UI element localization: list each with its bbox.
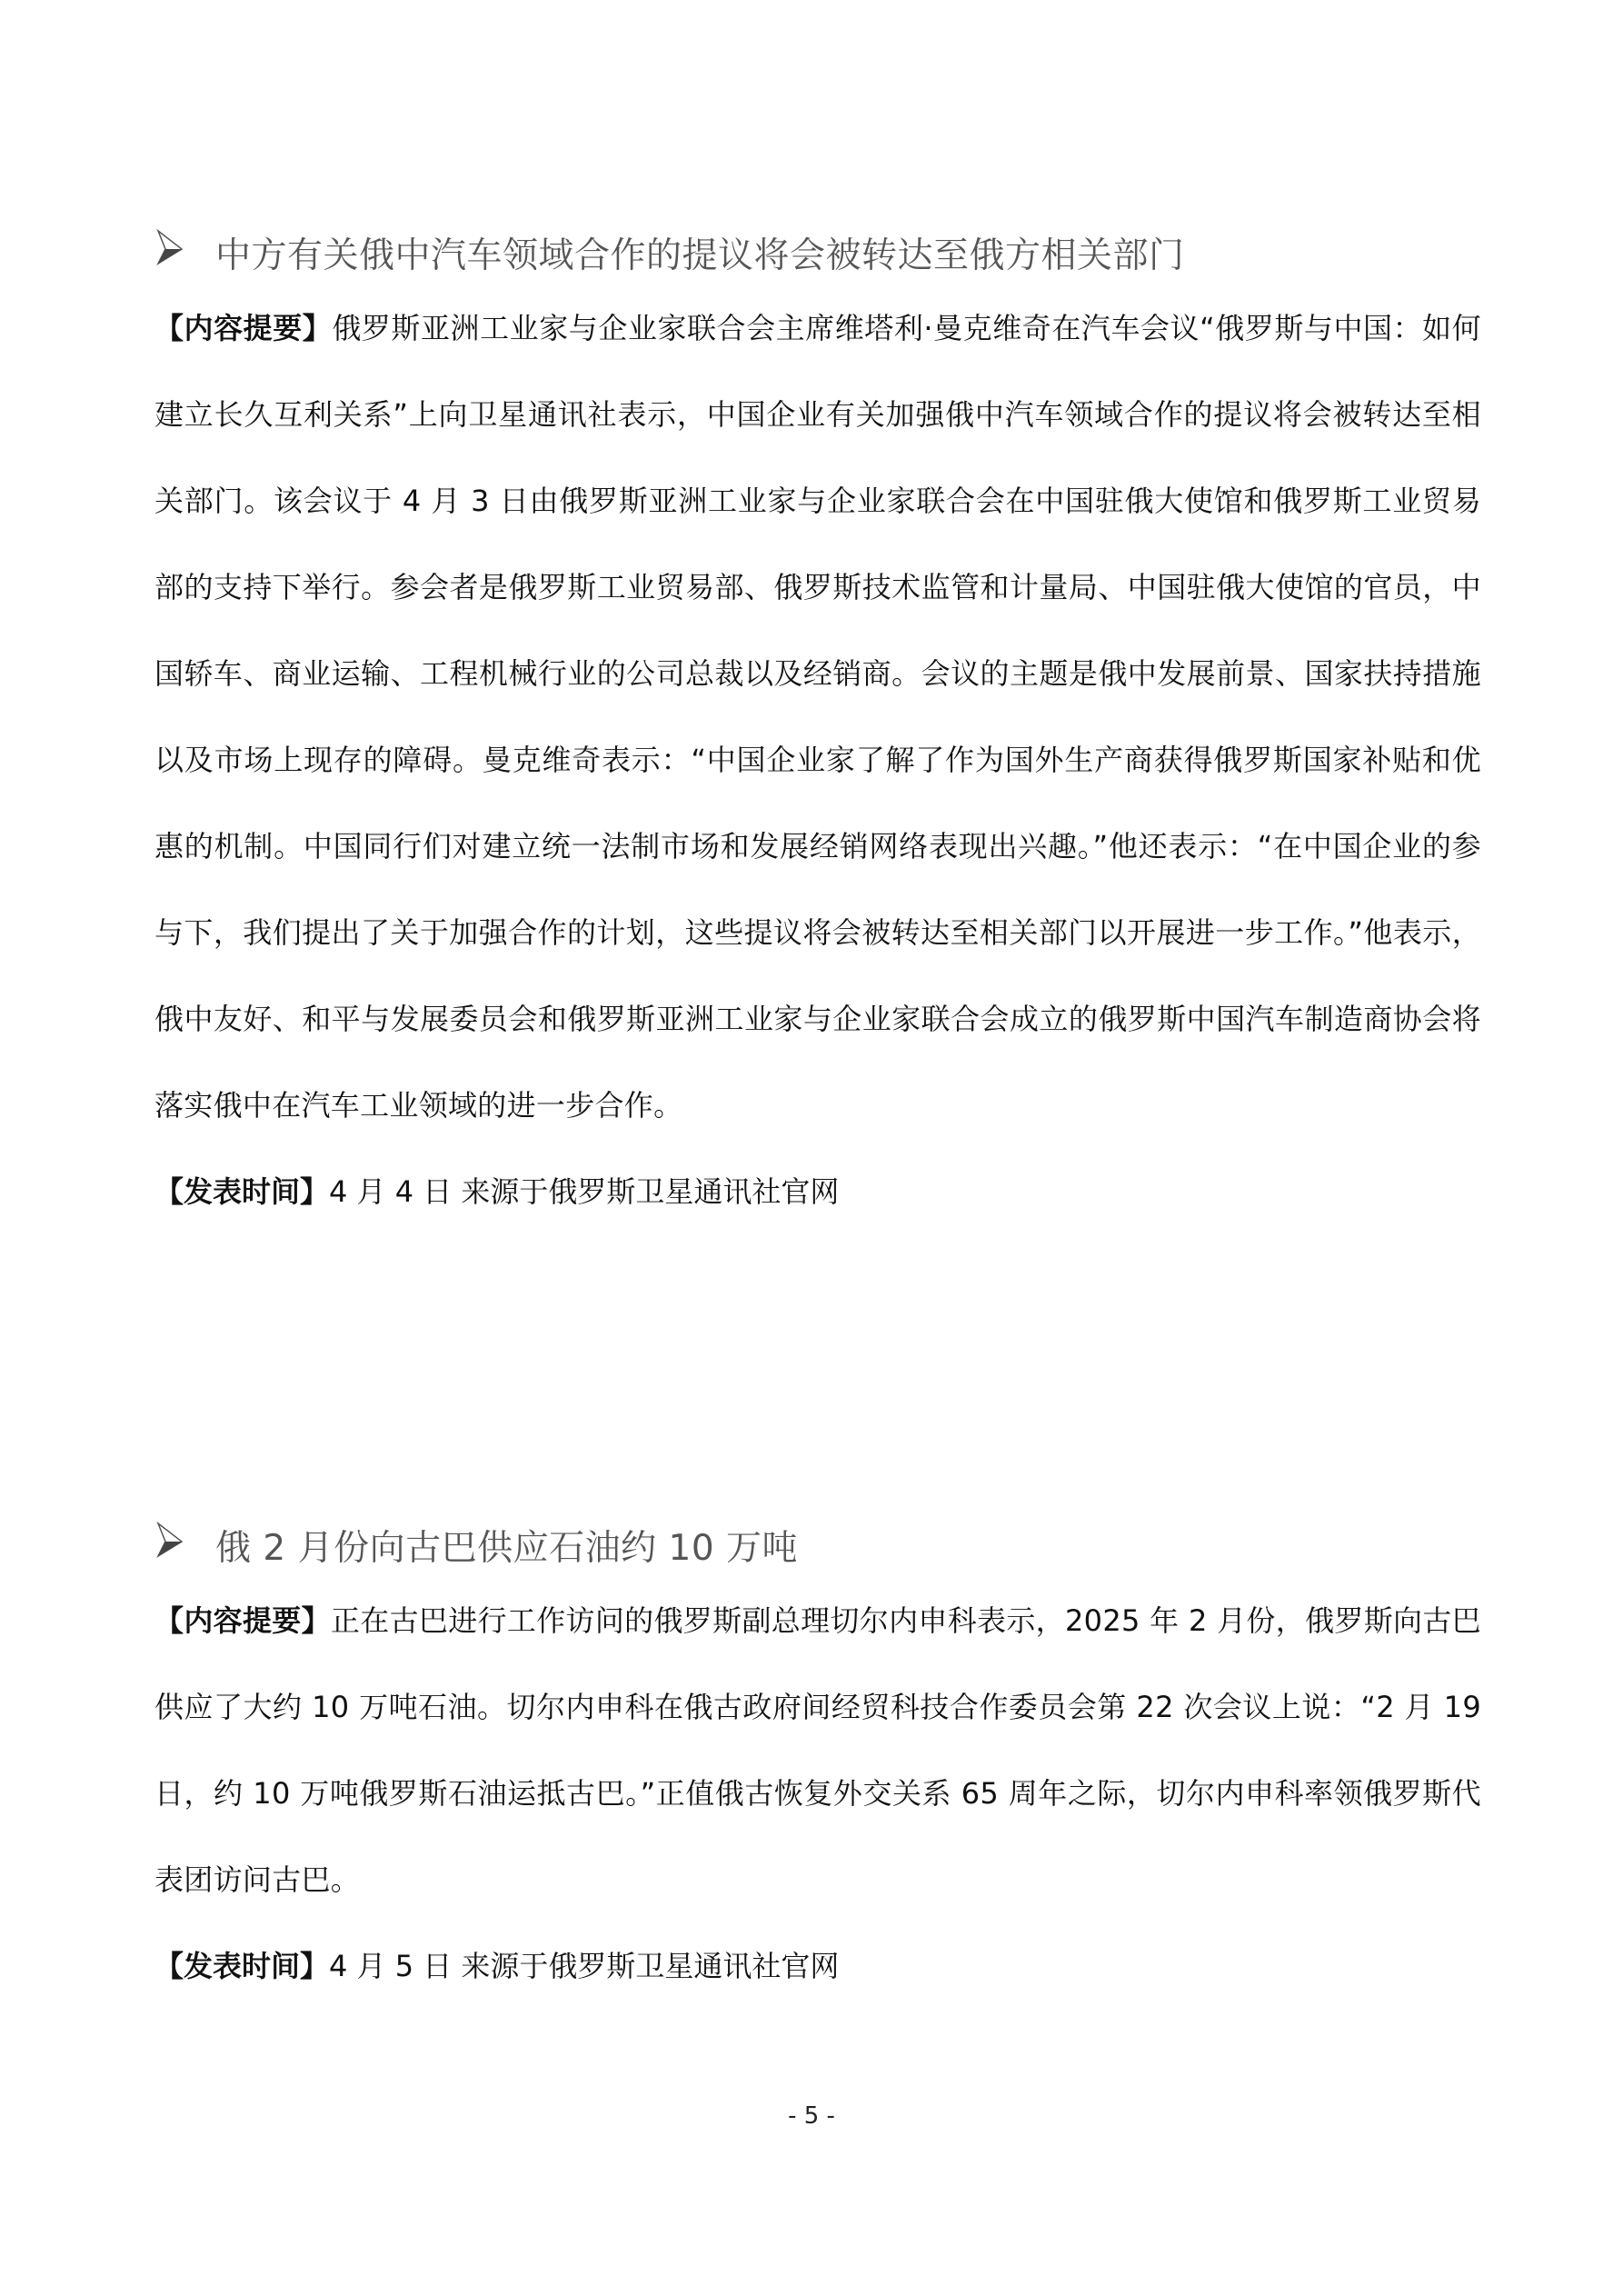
- summary-text: 俄罗斯亚洲工业家与企业家联合会主席维塔利·曼克维奇在汽车会议“俄罗斯与中国：如何…: [154, 311, 1481, 1123]
- article-title: 中方有关俄中汽车领域合作的提议将会被转达至俄方相关部门: [215, 227, 1185, 278]
- summary-label: 【内容提要】: [154, 1603, 331, 1638]
- arrow-bullet-icon: [156, 1520, 184, 1560]
- article-title: 俄 2 月份向古巴供应石油约 10 万吨: [215, 1520, 798, 1571]
- article-2: 俄 2 月份向古巴供应石油约 10 万吨 【内容提要】正在古巴进行工作访问的俄罗…: [154, 1514, 1481, 2010]
- published-text: 4 月 5 日 来源于俄罗斯卫星通讯社官网: [329, 1949, 839, 1983]
- summary-label: 【内容提要】: [154, 311, 332, 345]
- document-page: 中方有关俄中汽车领域合作的提议将会被转达至俄方相关部门 【内容提要】俄罗斯亚洲工…: [0, 0, 1623, 2296]
- published-text: 4 月 4 日 来源于俄罗斯卫星通讯社官网: [329, 1174, 839, 1209]
- published-label: 【发表时间】: [154, 1174, 329, 1209]
- article-1: 中方有关俄中汽车领域合作的提议将会被转达至俄方相关部门 【内容提要】俄罗斯亚洲工…: [154, 222, 1481, 1235]
- article-heading: 中方有关俄中汽车领域合作的提议将会被转达至俄方相关部门: [154, 222, 1481, 276]
- article-published: 【发表时间】4 月 4 日 来源于俄罗斯卫星通讯社官网: [154, 1149, 1481, 1235]
- summary-text: 正在古巴进行工作访问的俄罗斯副总理切尔内申科表示，2025 年 2 月份，俄罗斯…: [154, 1603, 1481, 1897]
- article-published: 【发表时间】4 月 5 日 来源于俄罗斯卫星通讯社官网: [154, 1923, 1481, 2010]
- arrow-bullet-icon: [156, 227, 184, 267]
- article-summary: 【内容提要】正在古巴进行工作访问的俄罗斯副总理切尔内申科表示，2025 年 2 …: [154, 1578, 1481, 1923]
- page-number: - 5 -: [0, 2102, 1623, 2130]
- published-label: 【发表时间】: [154, 1949, 329, 1983]
- article-summary: 【内容提要】俄罗斯亚洲工业家与企业家联合会主席维塔利·曼克维奇在汽车会议“俄罗斯…: [154, 285, 1481, 1149]
- article-heading: 俄 2 月份向古巴供应石油约 10 万吨: [154, 1514, 1481, 1569]
